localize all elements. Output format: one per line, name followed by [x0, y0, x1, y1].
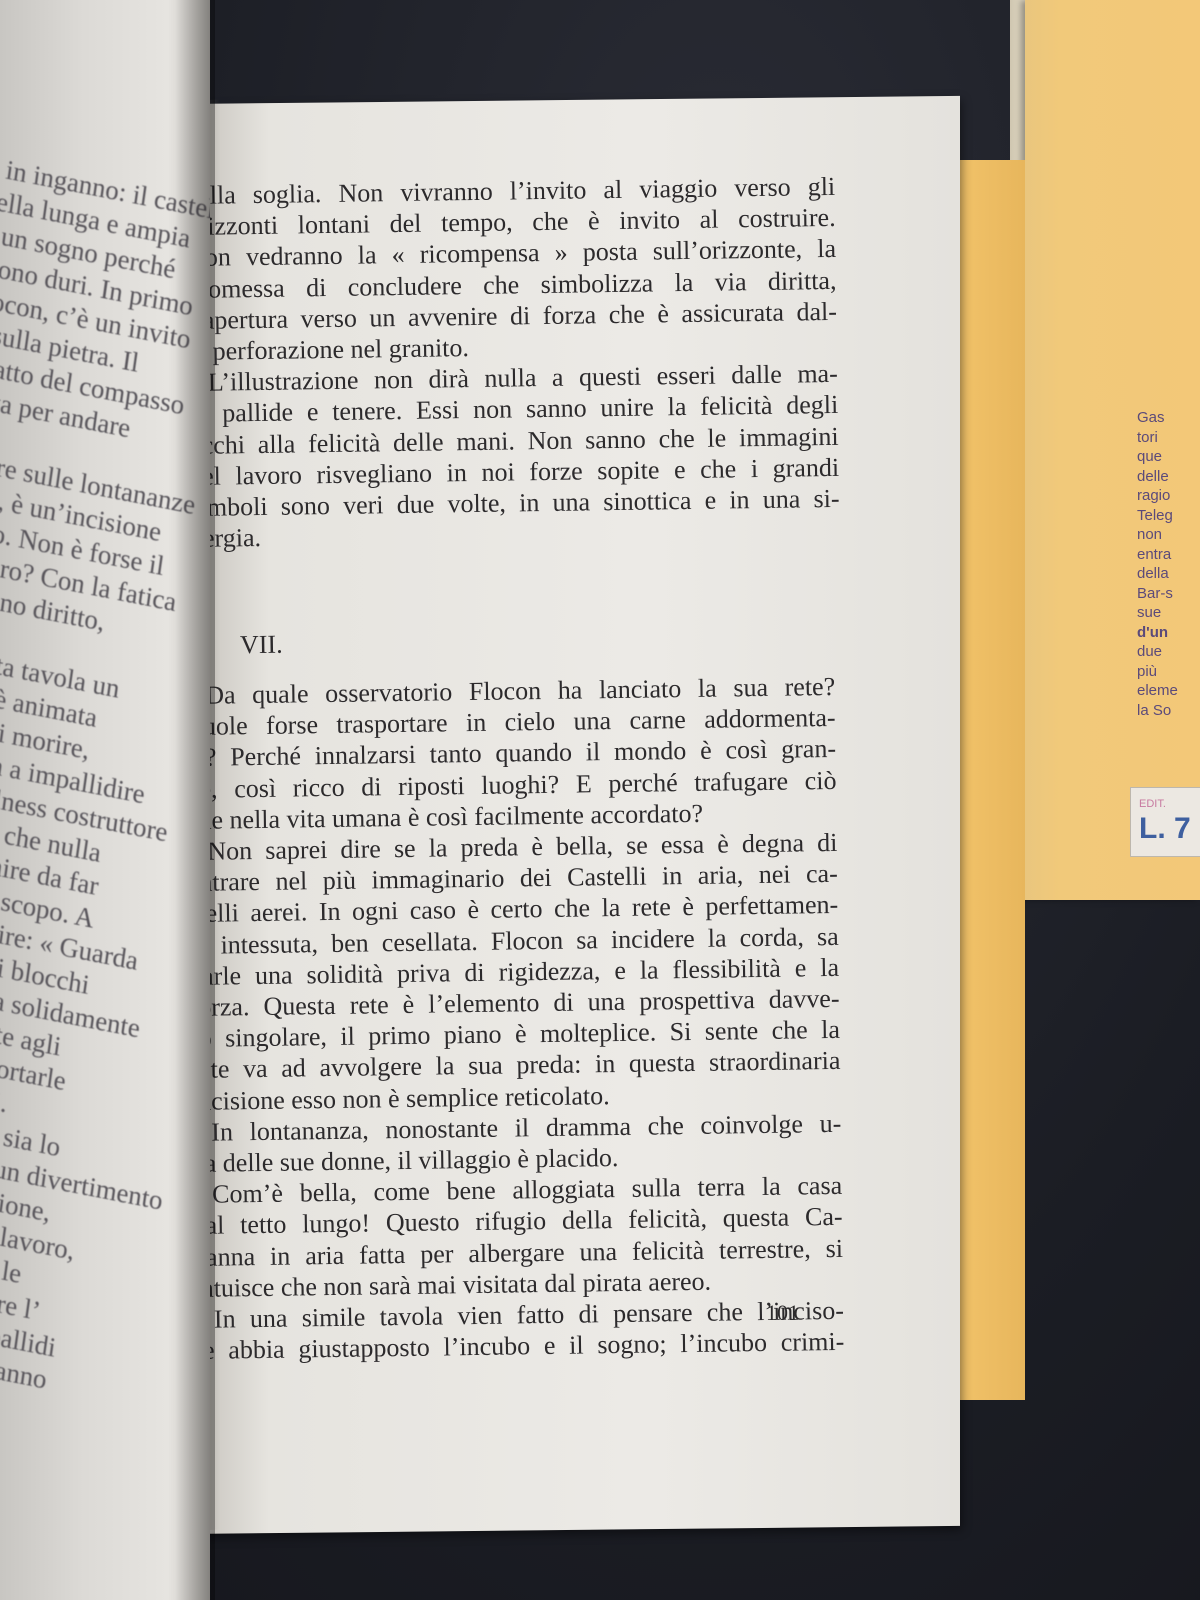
- blurb-line: non: [1137, 525, 1200, 545]
- blurb-line: più: [1137, 662, 1200, 682]
- yellow-paperback-cover: GastoriquedelleragioTelegnonentradellaBa…: [1025, 0, 1200, 900]
- blurb-line: ragio: [1137, 486, 1200, 506]
- blurb-line: Gas: [1137, 408, 1200, 428]
- blurb-line: d'un: [1137, 623, 1200, 643]
- blurb-line: due: [1137, 642, 1200, 662]
- left-page-shadow: [175, 0, 215, 1600]
- blurb-line: eleme: [1137, 681, 1200, 701]
- price-sticker-label: EDIT.: [1139, 798, 1166, 810]
- blurb-line: sue: [1137, 603, 1200, 623]
- blurb-line: Teleg: [1137, 506, 1200, 526]
- section-vii-text: Da quale osservatorio Flocon ha lanciato…: [185, 671, 845, 1366]
- blurb-line: entra: [1137, 545, 1200, 565]
- price-value: L. 7: [1139, 812, 1191, 846]
- blurb-line: la So: [1137, 701, 1200, 721]
- blurb-line: que: [1137, 447, 1200, 467]
- price-sticker: EDIT. L. 7: [1130, 787, 1200, 857]
- book-behind-page: [955, 160, 1025, 1400]
- back-cover-blurb: GastoriquedelleragioTelegnonentradellaBa…: [1137, 408, 1200, 720]
- blurb-line: Bar-s: [1137, 584, 1200, 604]
- page-number: 101: [766, 1300, 799, 1326]
- blurb-line: tori: [1137, 428, 1200, 448]
- blurb-line: della: [1137, 564, 1200, 584]
- blurb-line: delle: [1137, 467, 1200, 487]
- chapter-heading: VII.: [240, 630, 283, 661]
- paragraph-block-top: dalla soglia. Non vivranno l’invito al v…: [185, 171, 840, 554]
